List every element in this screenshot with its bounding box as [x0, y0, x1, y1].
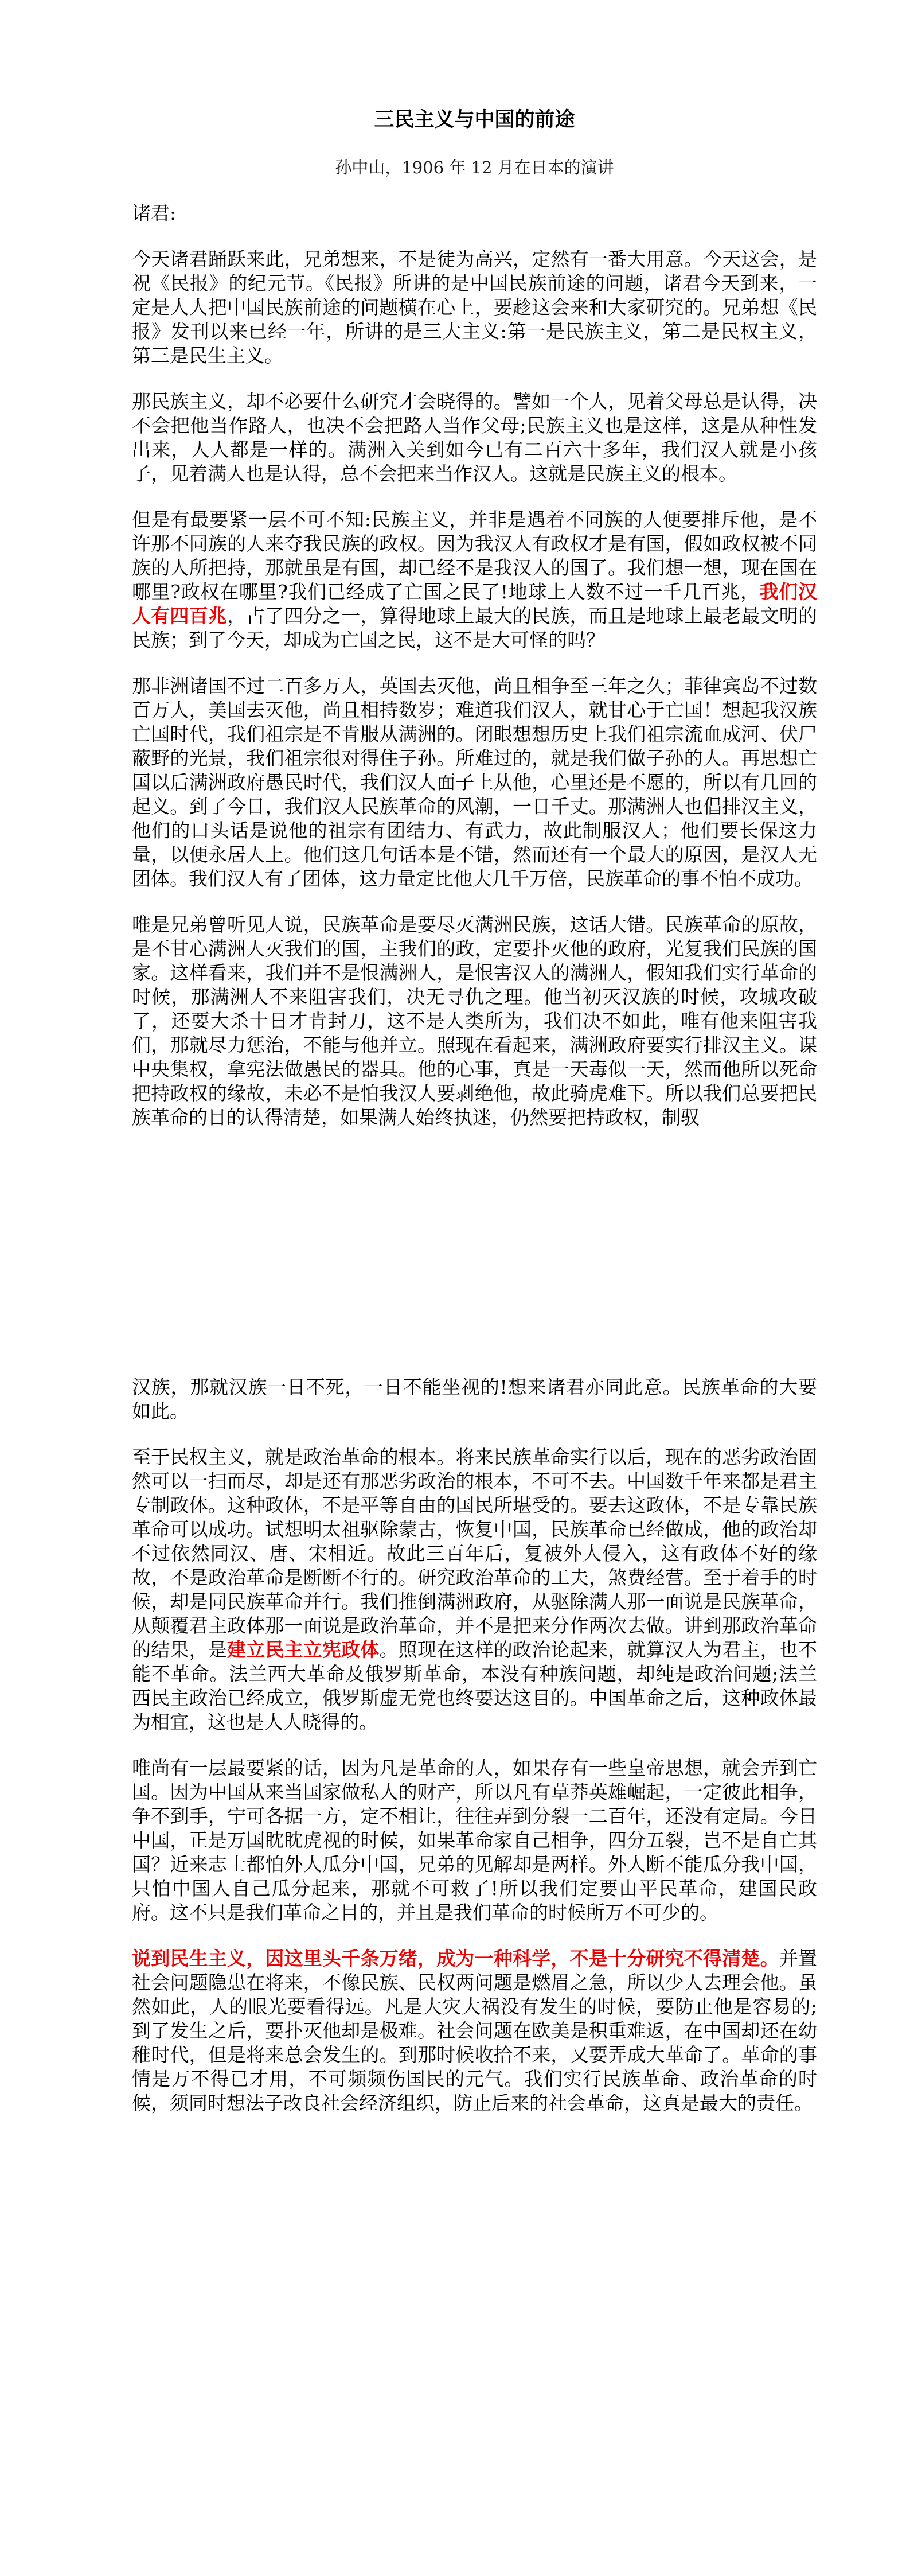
paragraph-lost-nation: 但是有最要紧一层不可不知:民族主义，并非是遇着不同族的人便要排斥他，是不许那不同…: [132, 508, 817, 652]
paragraph-warning-emperor-thinking: 唯尚有一层最要紧的话，因为凡是革命的人，如果存有一些皇帝思想，就会弄到亡国。因为…: [132, 1756, 817, 1925]
salutation: 诸君:: [132, 201, 817, 225]
paragraph-not-exterminate-manchus: 唯是兄弟曾听见人说，民族革命是要尽灭满洲民族，这话大错。民族革命的原故，是不甘心…: [132, 913, 817, 1130]
paragraph-democracy-principle: 至于民权主义，就是政治革命的根本。将来民族革命实行以后，现在的恶劣政治固然可以一…: [132, 1445, 817, 1734]
paragraph-opening-minbao-anniversary: 今天诸君踊跃来此，兄弟想来，不是徒为高兴，定然有一番大用意。今天这会，是祝《民报…: [132, 247, 817, 368]
doc-subtitle: 孙中山，1906 年 12 月在日本的演讲: [132, 155, 817, 180]
speech-document: 三民主义与中国的前途 孙中山，1906 年 12 月在日本的演讲 诸君: 今天诸…: [0, 0, 910, 2115]
highlight-red-livelihood-science: 说到民生主义，因这里头千条万绪，成为一种科学，不是十分研究不得清楚。: [132, 1947, 779, 1970]
paragraph-africa-philippines-comparison: 那非洲诸国不过二百多万人，英国去灭他，尚且相争至三年之久；菲律宾岛不过数百万人，…: [132, 674, 817, 891]
paragraph-livelihood-principle: 说到民生主义，因这里头千条万绪，成为一种科学，不是十分研究不得清楚。并置社会问题…: [132, 1947, 817, 2115]
doc-title: 三民主义与中国的前途: [132, 106, 817, 134]
page-break-gap: [132, 1151, 817, 1375]
paragraph-nationalism-basics: 那民族主义，却不必要什么研究才会晓得的。譬如一个人，见着父母总是认得，决不会把他…: [132, 390, 817, 486]
text-run: 至于民权主义，就是政治革命的根本。将来民族革命实行以后，现在的恶劣政治固然可以一…: [132, 1446, 817, 1661]
text-run: ，占了四分之一，算得地球上最大的民族，而且是地球上最老最文明的民族；到了今天，却…: [132, 605, 817, 651]
highlight-red-constitutional-democracy: 建立民主立宪政体: [227, 1639, 380, 1661]
text-run: 并置社会问题隐患在将来，不像民族、民权两问题是燃眉之急，所以少人去理会他。虽然如…: [132, 1947, 817, 2114]
text-run: 但是有最要紧一层不可不知:民族主义，并非是遇着不同族的人便要排斥他，是不许那不同…: [132, 508, 817, 603]
paragraph-national-revolution-summary: 汉族，那就汉族一日不死，一日不能坐视的!想来诸君亦同此意。民族革命的大要如此。: [132, 1375, 817, 1423]
document-page: 三民主义与中国的前途 孙中山，1906 年 12 月在日本的演讲 诸君: 今天诸…: [0, 0, 910, 2576]
